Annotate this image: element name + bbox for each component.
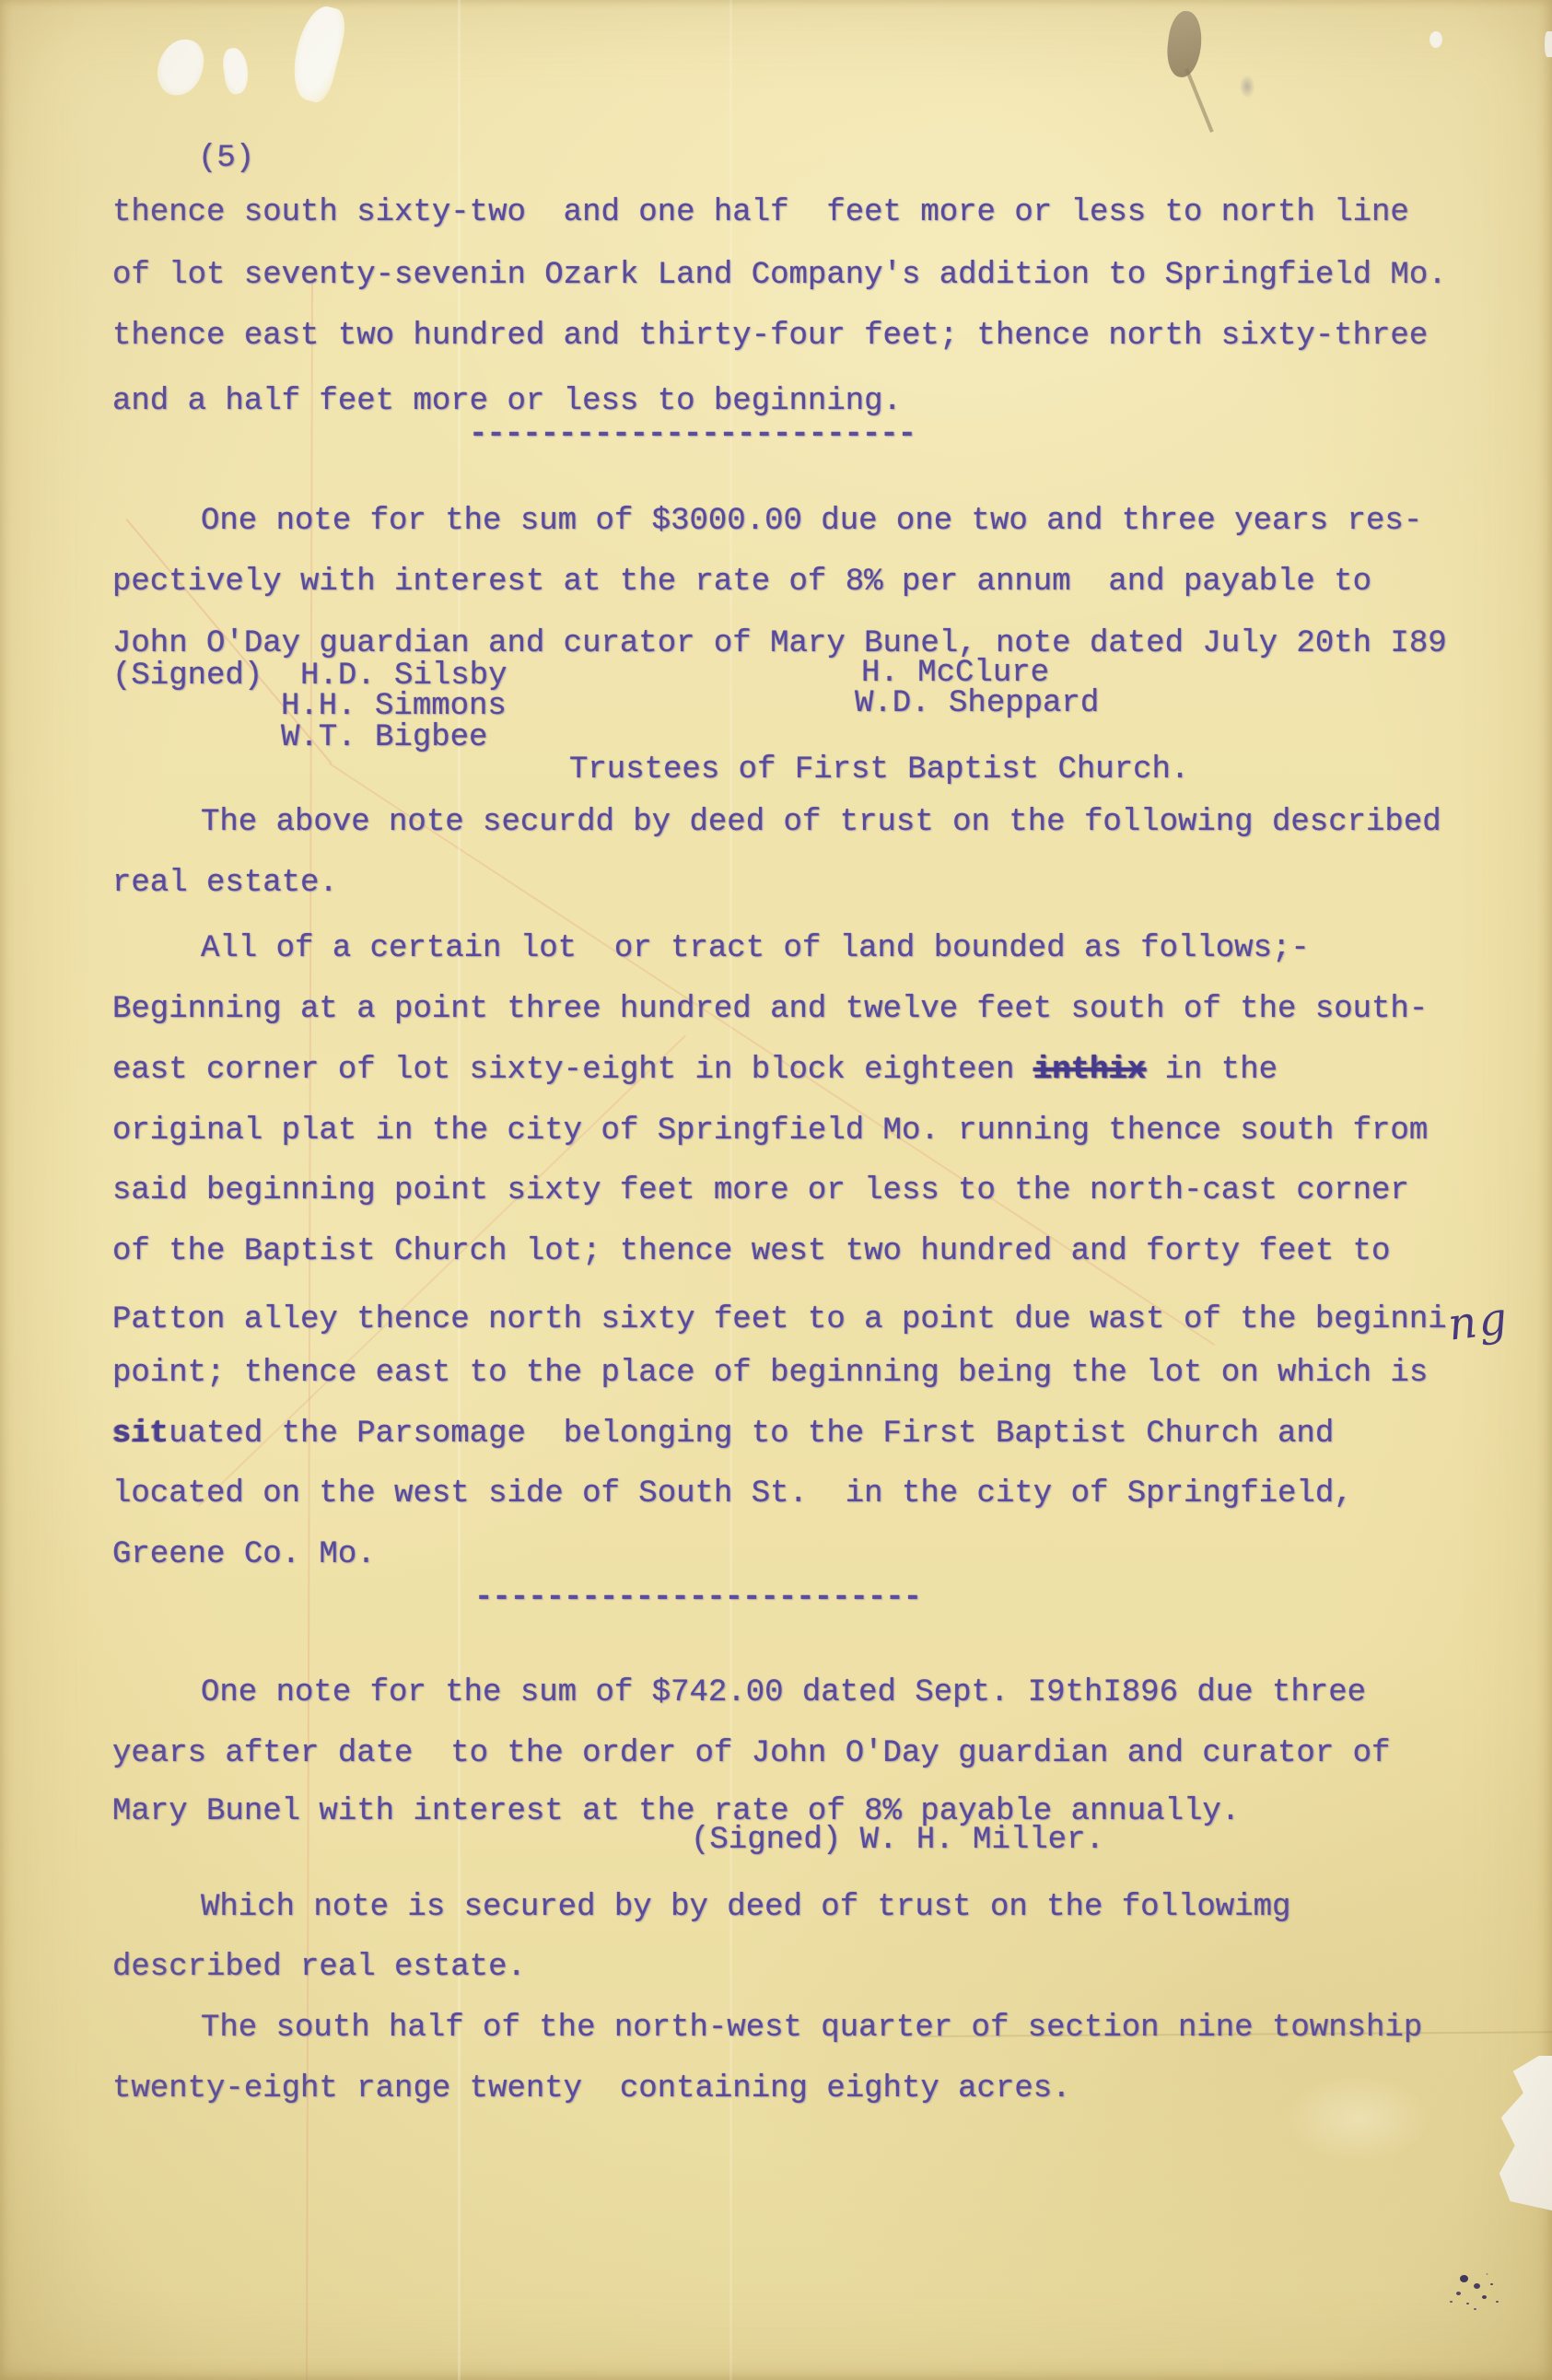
typed-line: thence south sixty-two and one half feet… bbox=[112, 193, 1409, 232]
trustees-line: Trustees of First Baptist Church. bbox=[569, 751, 1189, 789]
overstruck-text: sit bbox=[112, 1417, 169, 1452]
typed-line: point; thence east to the place of begin… bbox=[112, 1354, 1428, 1393]
typed-line: described real estate. bbox=[112, 1948, 526, 1987]
typed-line: said beginning point sixty feet more or … bbox=[112, 1172, 1409, 1210]
typed-line: located on the west side of South St. in… bbox=[112, 1475, 1353, 1513]
typed-line: Beginning at a point three hundred and t… bbox=[112, 990, 1428, 1029]
typed-line: Which note is secured by by deed of trus… bbox=[201, 1888, 1290, 1927]
torn-edge-nick bbox=[1545, 31, 1552, 57]
paper-damage-spot bbox=[1429, 31, 1442, 48]
typed-text: uated the Parsomage belonging to the Fir… bbox=[169, 1417, 1334, 1452]
typed-line: thence east two hundred and thirty-four … bbox=[112, 317, 1428, 356]
typed-line: The south half of the north-west quarter… bbox=[201, 2009, 1422, 2047]
typed-line: years after date to the order of John O'… bbox=[112, 1734, 1390, 1773]
dashed-separator: ------------------------- bbox=[474, 1579, 921, 1617]
typed-line: Patton alley thence north sixty feet to … bbox=[112, 1293, 1507, 1339]
typed-line: pectively with interest at the rate of 8… bbox=[112, 563, 1371, 601]
typed-line: original plat in the city of Springfield… bbox=[112, 1112, 1428, 1150]
typed-text: east corner of lot sixty-eight in block … bbox=[112, 1053, 1033, 1088]
brown-smudge bbox=[1164, 9, 1206, 79]
typed-line: of the Baptist Church lot; thence west t… bbox=[112, 1232, 1390, 1271]
paper-damage-spot bbox=[153, 35, 208, 100]
typed-line: of lot seventy-sevenin Ozark Land Compan… bbox=[112, 256, 1447, 295]
typed-line: All of a certain lot or tract of land bo… bbox=[201, 929, 1310, 968]
dashed-separator: ------------------------- bbox=[469, 415, 916, 454]
typed-text: in the bbox=[1146, 1053, 1278, 1088]
typed-line: Greene Co. Mo. bbox=[112, 1535, 376, 1574]
signature-line: (Signed) W. H. Miller. bbox=[691, 1821, 1104, 1860]
typed-line: situated the Parsomage belonging to the … bbox=[112, 1415, 1334, 1453]
scanned-document-page: (5) thence south sixty-two and one half … bbox=[0, 0, 1552, 2380]
signature-line: W.T. Bigbee bbox=[281, 718, 487, 757]
torn-edge bbox=[1492, 2056, 1552, 2211]
paper-damage-spot bbox=[221, 46, 251, 95]
grey-fleck bbox=[1240, 76, 1254, 98]
typed-line: twenty-eight range twenty containing eig… bbox=[112, 2070, 1071, 2108]
typed-line: One note for the sum of $742.00 dated Se… bbox=[201, 1674, 1366, 1712]
struck-out-text: inthix bbox=[1033, 1053, 1146, 1088]
page-number: (5) bbox=[198, 139, 254, 178]
typed-line: east corner of lot sixty-eight in block … bbox=[112, 1051, 1278, 1090]
paper-shine bbox=[1289, 2077, 1428, 2160]
typed-line: real estate. bbox=[112, 864, 338, 903]
signature-line: W.D. Sheppard bbox=[855, 684, 1099, 723]
brown-smudge-tail bbox=[1184, 68, 1213, 133]
handwritten-insert: ng bbox=[1446, 1299, 1511, 1345]
typed-line: The above note securdd by deed of trust … bbox=[201, 803, 1441, 842]
typed-line: One note for the sum of $3000.00 due one… bbox=[201, 502, 1422, 541]
ink-blot bbox=[1460, 2275, 1468, 2282]
typed-text: Patton alley thence north sixty feet to … bbox=[112, 1302, 1447, 1337]
paper-damage-spot bbox=[286, 2, 350, 105]
